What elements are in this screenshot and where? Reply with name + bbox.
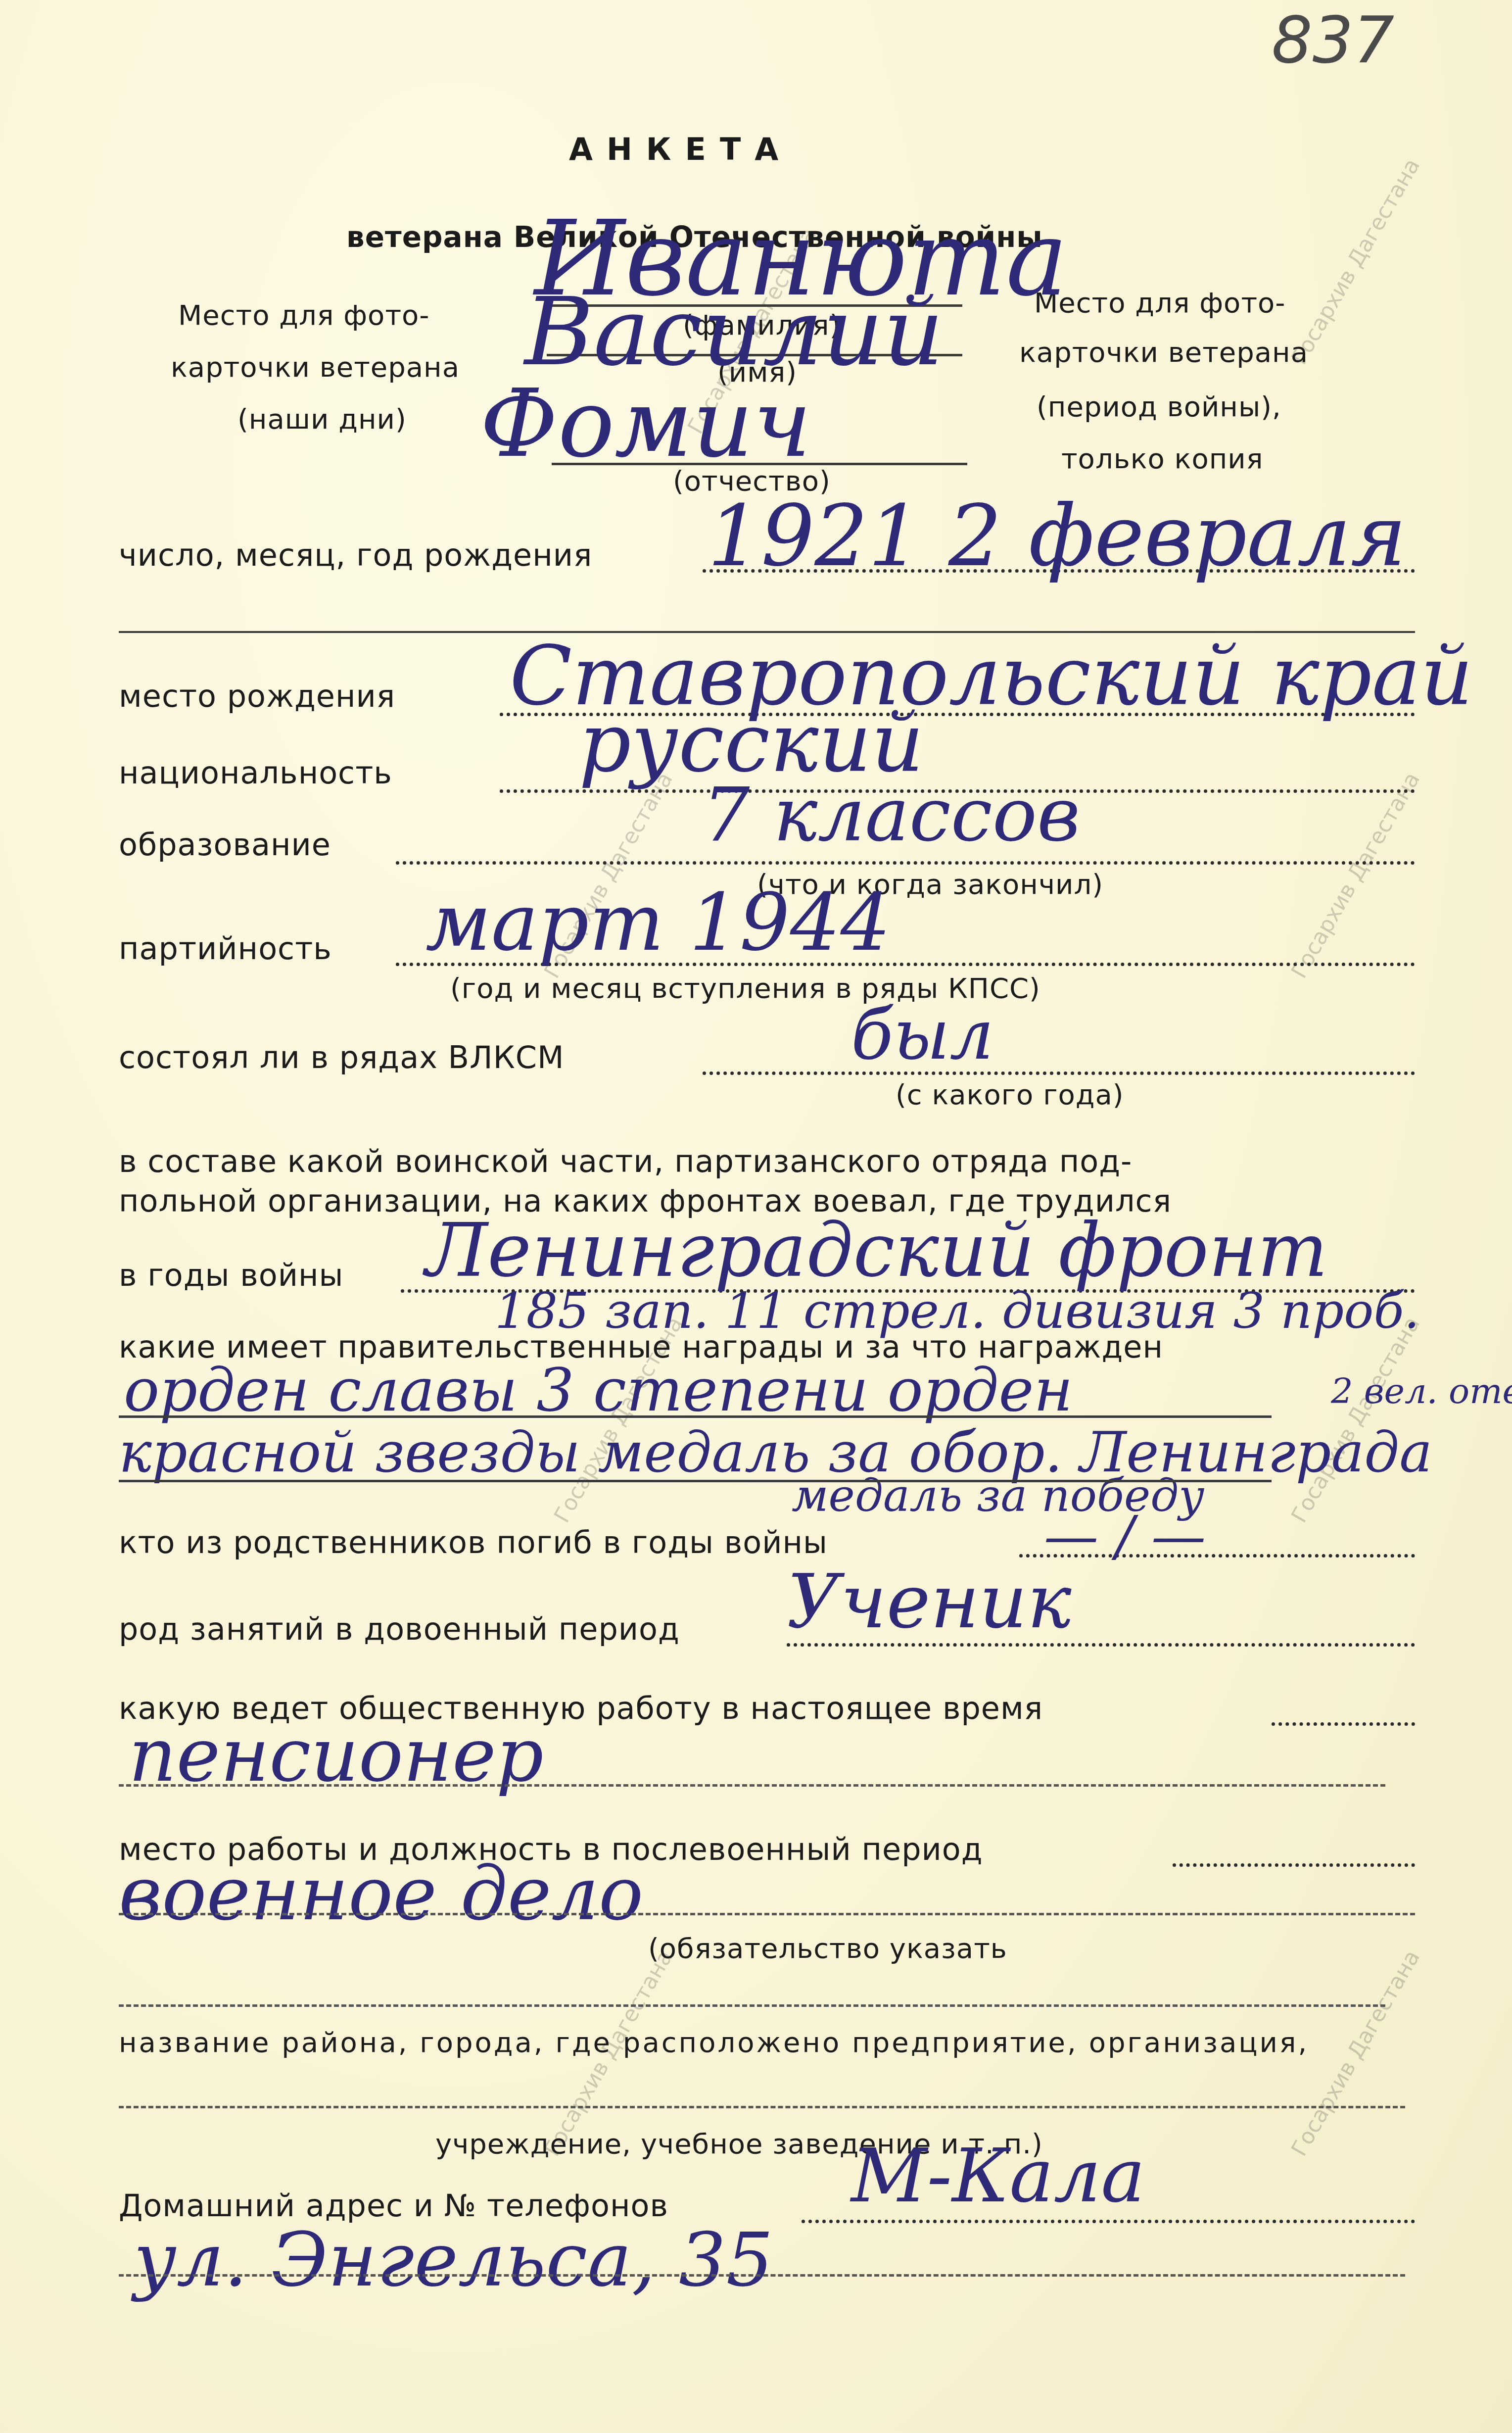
photo-left-line-2: карточки ветерана	[171, 351, 460, 384]
postwar-job-caption: (обязательство указать	[648, 1933, 1007, 1965]
prewar-occupation-label: род занятий в довоенный период	[119, 1611, 680, 1647]
watermark: Госархив Дагестана	[1286, 1313, 1425, 1527]
relatives-killed-label: кто из родственников погиб в годы войны	[119, 1524, 828, 1560]
photo-right-line-3: (период войны),	[1037, 391, 1281, 423]
war-service-label-3: в годы войны	[119, 1257, 344, 1293]
party-value: март 1944	[425, 876, 891, 969]
birth-date-label: число, месяц, год рождения	[119, 537, 592, 573]
education-value: 7 классов	[703, 772, 1080, 858]
war-service-label-1: в составе какой воинской части, партизан…	[119, 1143, 1132, 1179]
awards-value-4: 2 вел. отеч. войн.	[1331, 1371, 1512, 1411]
photo-right-line-2: карточки ветерана	[1019, 337, 1308, 369]
party-label: партийность	[119, 930, 332, 967]
form-title: АНКЕТА	[569, 131, 792, 167]
birth-date-value: 1921 2 февраля	[708, 487, 1406, 585]
watermark: Госархив Дагестана	[1286, 768, 1425, 983]
komsomol-label: состоял ли в рядах ВЛКСМ	[119, 1039, 565, 1075]
photo-left-line-3: (наши дни)	[237, 403, 407, 436]
war-service-value-1: Ленинградский фронт	[425, 1208, 1328, 1294]
awards-value-2: красной звезды медаль за обор. Ленинград…	[119, 1420, 1432, 1485]
komsomol-value: был	[851, 995, 994, 1075]
photo-right-line-1: Место для фото-	[1034, 287, 1285, 319]
education-label: образование	[119, 827, 331, 863]
home-address-value-2: ул. Энгельса, 35	[134, 2217, 773, 2303]
awards-value-1: орден славы 3 степени орден	[124, 1356, 1073, 1425]
prewar-occupation-value: Ученик	[787, 1559, 1071, 1645]
photo-left-line-1: Место для фото-	[178, 299, 429, 332]
archive-number: 837	[1272, 2, 1394, 78]
nationality-label: национальность	[119, 755, 392, 791]
photo-right-line-4: только копия	[1061, 443, 1263, 475]
district-caption: название района, города, где расположено…	[119, 2027, 1309, 2059]
patronymic-value: Фомич	[480, 369, 811, 478]
birth-place-label: место рождения	[119, 678, 395, 714]
relatives-killed-value: — / —	[1044, 1505, 1206, 1568]
komsomol-caption: (с какого года)	[896, 1079, 1124, 1111]
home-address-value-1: М-Кала	[851, 2133, 1145, 2219]
postwar-job-value: военное дело	[119, 1851, 643, 1937]
